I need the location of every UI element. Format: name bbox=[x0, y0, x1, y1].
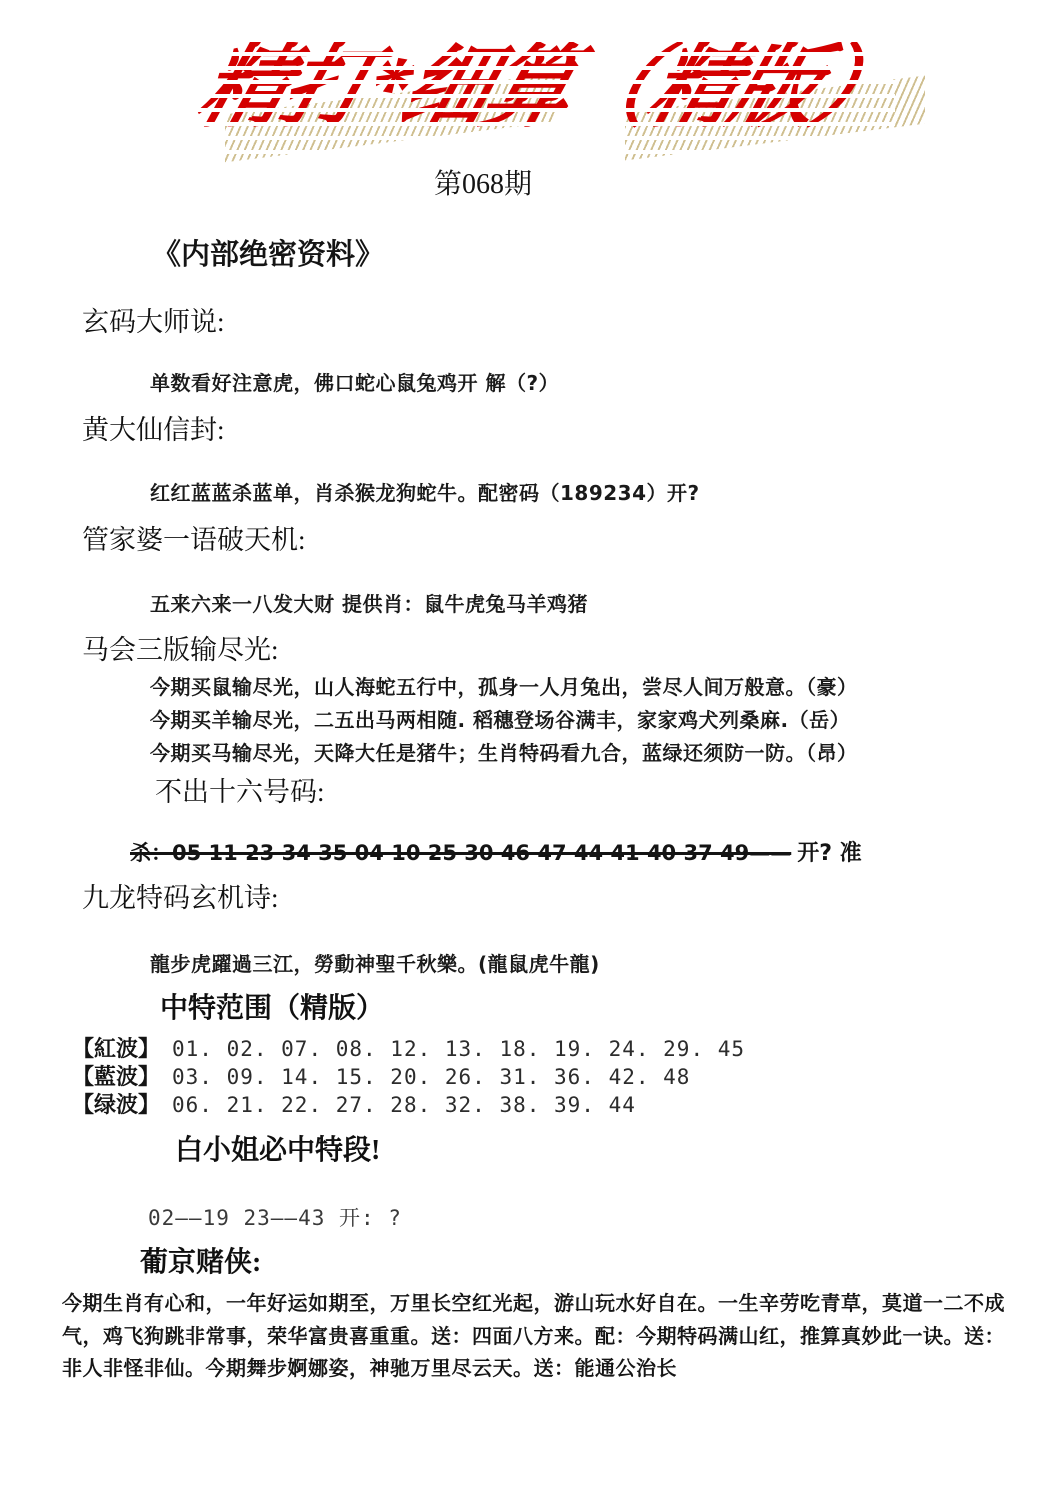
section-heading-baixiaojie: 白小姐必中特段! bbox=[175, 1128, 380, 1168]
section-heading-jiulong: 九龙特码玄机诗: bbox=[82, 876, 279, 915]
title-stripe-overlay bbox=[175, 14, 895, 156]
wave-row-blue: 【藍波】 03. 09. 14. 15. 20. 26. 31. 36. 42.… bbox=[72, 1060, 690, 1091]
jiulong-poem-line: 龍步虎躍過三江，勞動神聖千秋樂。(龍鼠虎牛龍) bbox=[150, 948, 600, 977]
guanjiapo-tip-line: 五来六来一八发大财 提供肖：鼠牛虎兔马羊鸡猪 bbox=[150, 588, 588, 617]
scanned-lottery-tip-sheet: 精打*细算（精版） 第068期 《内部绝密资料》 玄码大师说: 单数看好注意虎，… bbox=[0, 0, 1060, 1500]
mahui-line-2: 今期买羊输尽光，二五出马两相随. 稻穗登场谷满丰，家家鸡犬列桑麻.（岳） bbox=[150, 704, 850, 733]
huangdaxian-tip-line: 红红蓝蓝杀蓝单，肖杀猴龙狗蛇牛。配密码（189234）开? bbox=[150, 477, 700, 506]
issue-number: 第068期 bbox=[0, 162, 966, 202]
pujing-paragraph-line-3: 非人非怪非仙。今期舞步婀娜姿，神驰万里尽云天。送：能通公治长 bbox=[62, 1352, 677, 1381]
red-wave-numbers: 01. 02. 07. 08. 12. 13. 18. 19. 24. 29. … bbox=[172, 1037, 745, 1061]
secret-material-heading: 《内部绝密资料》 bbox=[152, 232, 384, 273]
xuanma-tip-line: 单数看好注意虎，佛口蛇心鼠兔鸡开 解（?） bbox=[150, 367, 559, 396]
baixiaojie-range-line: 02——19 23——43 开: ? bbox=[148, 1202, 402, 1232]
section-heading-huangdaxian: 黄大仙信封: bbox=[82, 408, 225, 447]
mahui-line-3: 今期买马输尽光，天降大任是猪牛；生肖特码看九合，蓝绿还须防一防。（昂） bbox=[150, 737, 858, 766]
pujing-paragraph-line-1: 今期生肖有心和，一年好运如期至，万里长空红光起，游山玩水好自在。一生辛劳吃青草，… bbox=[62, 1287, 1005, 1316]
section-heading-zhongte: 中特范围（精版） bbox=[160, 986, 384, 1026]
wave-row-green: 【绿波】 06. 21. 22. 27. 28. 32. 38. 39. 44 bbox=[72, 1088, 636, 1119]
mahui-line-1: 今期买鼠输尽光，山人海蛇五行中，孤身一人月兔出，尝尽人间万般意。（豪） bbox=[150, 671, 858, 700]
section-heading-guanjiapo: 管家婆一语破天机: bbox=[82, 518, 306, 557]
section-heading-xuanma: 玄码大师说: bbox=[82, 300, 225, 339]
blue-wave-label: 【藍波】 bbox=[72, 1064, 160, 1089]
section-heading-buchu: 不出十六号码: bbox=[155, 770, 325, 809]
blue-wave-numbers: 03. 09. 14. 15. 20. 26. 31. 36. 42. 48 bbox=[172, 1065, 690, 1089]
pujing-paragraph-line-2: 气，鸡飞狗跳非常事，荣华富贵喜重重。送：四面八方来。配：今期特码满山红，推算真妙… bbox=[62, 1320, 1005, 1349]
killed-numbers-result: 开? 准 bbox=[797, 841, 861, 866]
title-art-block: 精打*细算（精版） bbox=[185, 14, 875, 156]
killed-numbers-struck: 杀：05 11 23 34 35 04 10 25 30 46 47 44 41… bbox=[130, 841, 791, 865]
section-heading-mahui: 马会三版输尽光: bbox=[82, 628, 279, 667]
green-wave-numbers: 06. 21. 22. 27. 28. 32. 38. 39. 44 bbox=[172, 1093, 636, 1117]
red-wave-label: 【紅波】 bbox=[72, 1036, 160, 1061]
killed-numbers-line: 杀：05 11 23 34 35 04 10 25 30 46 47 44 41… bbox=[130, 836, 862, 867]
wave-row-red: 【紅波】 01. 02. 07. 08. 12. 13. 18. 19. 24.… bbox=[72, 1032, 745, 1063]
green-wave-label: 【绿波】 bbox=[72, 1092, 160, 1117]
section-heading-pujing: 葡京赌侠: bbox=[140, 1240, 261, 1280]
